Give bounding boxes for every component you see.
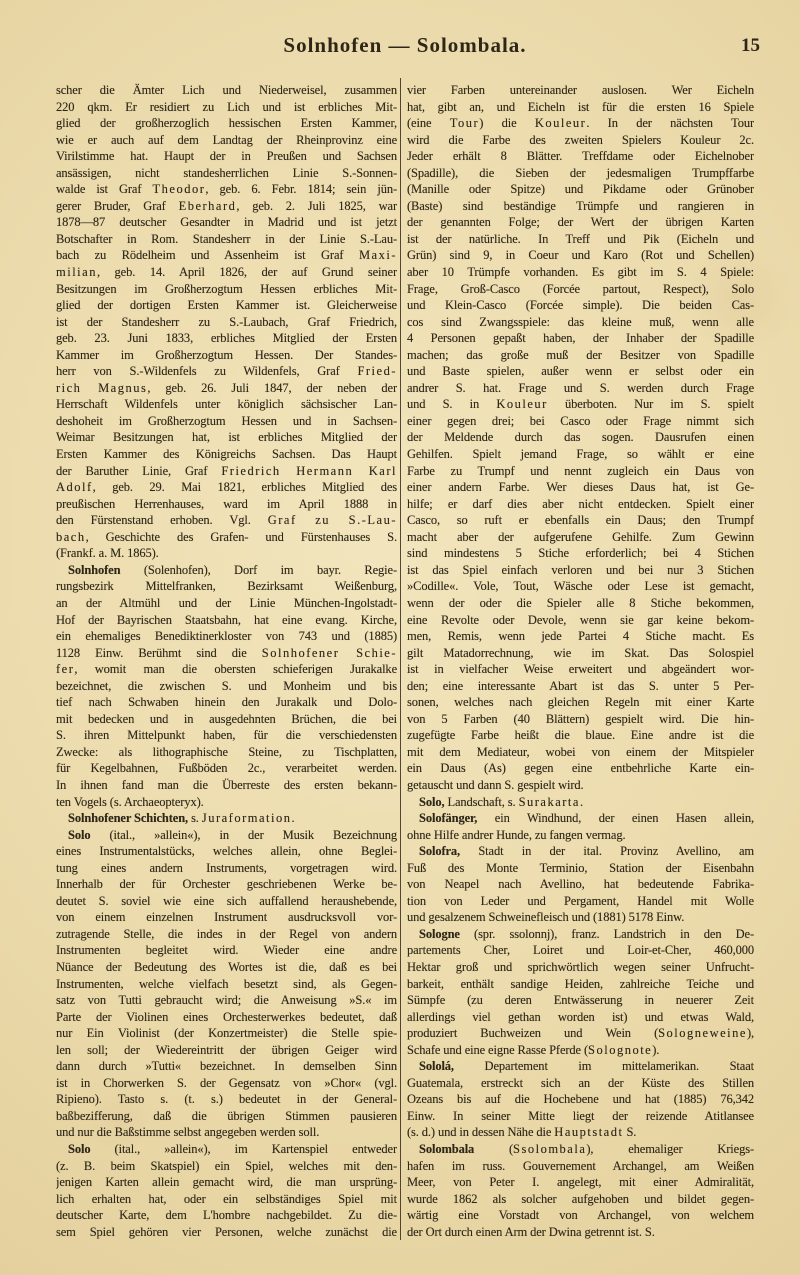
text-line: wird die Farbe des zweiten Spielers Koul… — [407, 132, 754, 149]
text-line: ist der Standesherr zu S.-Laubach, Graf … — [56, 314, 397, 331]
text-line: Kammer im Großherzogtum Hessen. Der Stan… — [56, 347, 397, 364]
text-line: Meer, von Peter I. angelegt, mit einer A… — [407, 1174, 754, 1191]
text-line: Sololá, Departement im mittelamerikan. S… — [407, 1058, 754, 1075]
text-line: geb. 23. Juni 1833, erbliches Mitglied d… — [56, 330, 397, 347]
text-line: ten Vogels (s. Archaeopteryx). — [56, 794, 397, 811]
text-line: den Fürstenstand erhoben. Vgl. Graf zu S… — [56, 512, 397, 529]
text-line: mit bedecken und in ausgedehnten Brüchen… — [56, 711, 397, 728]
text-line: Schafe und eine eigne Rasse Pferde (Solo… — [407, 1042, 754, 1059]
text-line: ein Daus (As) gegen eine entbehrliche Ka… — [407, 760, 754, 777]
text-line: Guatemala, erstreckt sich an der Küste d… — [407, 1075, 754, 1092]
text-line: Ozeans bis auf die Hochebene und hat (18… — [407, 1091, 754, 1108]
text-line: hafen im russ. Gouvernement Archangel, a… — [407, 1158, 754, 1175]
text-line: Hektar groß und sprichwörtlich wegen sei… — [407, 959, 754, 976]
text-line: rungsbezirk Mittelfranken, Bezirksamt We… — [56, 578, 397, 595]
text-line: Jeder erhält 8 Blätter. Treffdame oder E… — [407, 148, 754, 165]
text-line: cos sind Zwangsspiele: das kleine muß, w… — [407, 314, 754, 331]
text-line: Einw. In seiner Mitte liegt der reizende… — [407, 1108, 754, 1125]
text-line: deutscher Karte, dem L'hombre nachgebild… — [56, 1207, 397, 1224]
text-line: In ihnen fand man die Überreste des erst… — [56, 777, 397, 794]
text-line: Zwecke: als lithographische Steine, zu T… — [56, 744, 397, 761]
text-line: einer andern Farbe. Wer dieses Daus hat,… — [407, 479, 754, 496]
text-line: Solo (ital., »allein«), in der Musik Bez… — [56, 827, 397, 844]
text-line: ansässigen, nicht standesherrlichen Lini… — [56, 165, 397, 182]
text-line: partements Cher, Loiret und Loir-et-Cher… — [407, 942, 754, 959]
text-line: Weimar Besitzungen hat, ist erbliches Mi… — [56, 429, 397, 446]
text-line: lich erhalten hat, oder ein selbständige… — [56, 1191, 397, 1208]
text-line: an der Altmühl und der Linie München-Ing… — [56, 595, 397, 612]
text-line: machen; das große muß der Besitzer von S… — [407, 347, 754, 364]
column-divider — [400, 78, 401, 1240]
text-line: fer, womit man die obersten schieferigen… — [56, 661, 397, 678]
text-line: ein ehemaliges Benediktinerkloster von 7… — [56, 628, 397, 645]
text-line: (s. d.) und in dessen Nähe die Hauptstad… — [407, 1124, 754, 1141]
text-line: (Baste) sind beständige Trümpfe und rang… — [407, 198, 754, 215]
text-line: (Manille oder Spitze) und Pikdame oder G… — [407, 181, 754, 198]
text-line: hilfe; er darf dies aber nicht entdecken… — [407, 496, 754, 513]
text-line: 1128 Einw. Berühmt sind die Solnhofener … — [56, 645, 397, 662]
text-line: Botschafter in Rom. Standesherr in der L… — [56, 231, 397, 248]
text-line: Solo, Landschaft, s. Surakarta. — [407, 794, 754, 811]
text-line: ist in Chorwerken S. der Gegensatz von »… — [56, 1075, 397, 1092]
text-line: aber 10 Trümpfe vorhanden. Es gibt im S.… — [407, 264, 754, 281]
text-line: einer gegen drei; bei Casco oder Frage n… — [407, 413, 754, 430]
text-line: Instrumenten begleitet wird. Wieder eine… — [56, 942, 397, 959]
page-title: Solnhofen — Solombala. — [56, 33, 754, 58]
page-number: 15 — [741, 35, 760, 57]
text-line: allerdings viel gethan worden ist) und e… — [407, 1009, 754, 1026]
text-line: Sümpfe (zu deren Entwässerung in neuerer… — [407, 992, 754, 1009]
text-line: rich Magnus, geb. 26. Juli 1847, der neb… — [56, 380, 397, 397]
text-line: Instrumenten, welche vielfach besetzt si… — [56, 976, 397, 993]
text-line: produziert Buchweizen und Wein (Solognew… — [407, 1025, 754, 1042]
text-line: und S. in Kouleur überboten. Nur im S. s… — [407, 396, 754, 413]
text-line: bach, Geschichte des Grafen- und Fürsten… — [56, 529, 397, 546]
text-line: Herrschaft Wildenfels unter königlich sä… — [56, 396, 397, 413]
text-line: tung eines andern Instruments, vorgetrag… — [56, 860, 397, 877]
text-line: glied der großherzoglich hessischen Erst… — [56, 115, 397, 132]
text-line: tion von Leder und Pergament, Handel mit… — [407, 893, 754, 910]
text-line: Solombala (Ssolombala), ehemaliger Krieg… — [407, 1141, 754, 1158]
text-line: jenigen Karten allein gemacht wird, die … — [56, 1174, 397, 1191]
text-line: von 5 Farben (40 Blättern) gespielt wird… — [407, 711, 754, 728]
text-line: Gehilfen. Spielt jemand Frage, so wählt … — [407, 446, 754, 463]
text-line: andrer S. hat. Frage und S. werden durch… — [407, 380, 754, 397]
text-line: eines Instrumentalstücks, welches allein… — [56, 843, 397, 860]
text-line: mit dem Mediateur, wobei von einem der M… — [407, 744, 754, 761]
text-line: preußischen Herrenhauses, ward im April … — [56, 496, 397, 513]
text-line: baßbezifferung, daß die übrigen Stimmen … — [56, 1108, 397, 1125]
lexicon-page: Solnhofen — Solombala. 15 scher die Ämte… — [0, 0, 800, 1275]
text-line: Ripieno). Tasto s. (t. s.) bedeutet in d… — [56, 1091, 397, 1108]
text-line: eine Revolte oder Devole, wenn sie gar k… — [407, 612, 754, 629]
text-line: deshoheit im Großherzogtum Hessen und in… — [56, 413, 397, 430]
text-line: Solo (ital., »allein«), im Kartenspiel e… — [56, 1141, 397, 1158]
text-line: Nüance der Bedeutung des Wortes ist die,… — [56, 959, 397, 976]
text-line: wenn der oder die Spieler alle 8 Stiche … — [407, 595, 754, 612]
text-line: scher die Ämter Lich und Niederweisel, z… — [56, 82, 397, 99]
text-line: ist in vielfacher Weise erweitert und ab… — [407, 661, 754, 678]
text-line: Frage, Groß-Casco (Forcée partout, Respe… — [407, 281, 754, 298]
text-line: Sologne (spr. ssolonnj), franz. Landstri… — [407, 926, 754, 943]
text-line: von einem einzelnen Instrument ausdrucks… — [56, 909, 397, 926]
text-line: Innerhalb der für Orchester geschriebene… — [56, 876, 397, 893]
text-line: wurde 1862 als solcher aufgehoben und bi… — [407, 1191, 754, 1208]
text-line: Ersten Kammer des Königreichs Sachsen. D… — [56, 446, 397, 463]
text-line: men, Remis, wenn jede Partei 4 Stiche ma… — [407, 628, 754, 645]
text-line: sonen, welches nach gleichen Regeln mit … — [407, 694, 754, 711]
text-line: vier Farben untereinander auslosen. Wer … — [407, 82, 754, 99]
text-line: nur Ein Violinist (der Konzertmeister) d… — [56, 1025, 397, 1042]
text-line: hat, gibt an, und Eicheln ist für die er… — [407, 99, 754, 116]
text-line: Hof der Bayrischen Staatsbahn, hat eine … — [56, 612, 397, 629]
text-line: bezeichnet, die zwischen S. und Monheim … — [56, 678, 397, 695]
text-line: ist das Spiel einfach verloren und bei n… — [407, 562, 754, 579]
text-line: 4 Personen gepaßt haben, der Inhaber der… — [407, 330, 754, 347]
text-line: zutragende Stelle, die indes in der Rege… — [56, 926, 397, 943]
text-line: Besitzungen im Großherzogtum Hessen erbl… — [56, 281, 397, 298]
text-line: (Frankf. a. M. 1865). — [56, 545, 397, 562]
text-line: und Klein-Casco (Forcée simple). Die bei… — [407, 297, 754, 314]
text-line: 1878—87 deutscher Gesandter in Madrid un… — [56, 214, 397, 231]
text-line: und gesalzenem Schweinefleisch und (1881… — [407, 909, 754, 926]
text-line: Solofra, Stadt in der ital. Provinz Avel… — [407, 843, 754, 860]
text-line: wärtig eine Vorstadt von Archangel, von … — [407, 1207, 754, 1224]
text-line: herr von S.-Wildenfels zu Wildenfels, Gr… — [56, 363, 397, 380]
text-line: satz von Tutti gebraucht wird; die Anwei… — [56, 992, 397, 1009]
text-line: S. ihren Mittelpunkt haben, für die vers… — [56, 727, 397, 744]
text-line: Parte der Violinen eines Orchesterwerkes… — [56, 1009, 397, 1026]
text-line: der Baruther Linie, Graf Friedrich Herma… — [56, 463, 397, 480]
text-line: den; eine interessante Abart ist das S. … — [407, 678, 754, 695]
text-line: deutet S. soviel wie eine sich auffallen… — [56, 893, 397, 910]
text-line: wie er auch auf dem Landtag der Rheinpro… — [56, 132, 397, 149]
text-line: Solnhofener Schichten, s. Juraformation. — [56, 810, 397, 827]
text-line: sind mindestens 5 Stiche erforderlich; b… — [407, 545, 754, 562]
text-line: Farbe zu Trumpf und nennt zugleich ein D… — [407, 463, 754, 480]
text-line: der Ort durch einen Arm der Dwina getren… — [407, 1224, 754, 1241]
text-line: (eine Tour) die Kouleur. In der nächsten… — [407, 115, 754, 132]
text-line: Casco, so ruft er ebenfalls ein Daus; de… — [407, 512, 754, 529]
text-line: bach zu Rödelheim und Assenheim ist Graf… — [56, 247, 397, 264]
text-line: von Neapel nach Avellino, hat bedeutende… — [407, 876, 754, 893]
text-line: der genannten Folge; der Wert der übrige… — [407, 214, 754, 231]
text-line: (z. B. beim Skatspiel) ein Spiel, welche… — [56, 1158, 397, 1175]
text-line: 220 qkm. Er residiert zu Lich und ist er… — [56, 99, 397, 116]
text-line: Grün) sind 9, in Coeur und Karo (Rot und… — [407, 247, 754, 264]
text-line: len soll; der Wiedereintritt der übrigen… — [56, 1042, 397, 1059]
text-line: gilt Matadorrechnung, wie im Skat. Das S… — [407, 645, 754, 662]
right-column: vier Farben untereinander auslosen. Wer … — [407, 82, 754, 1240]
text-line: sem Spiel gehören vier Personen, welche … — [56, 1224, 397, 1241]
text-line: (Spadille), die Sieben der jedesmaligen … — [407, 165, 754, 182]
text-line: der Meldende durch das sogen. Dausrufen … — [407, 429, 754, 446]
text-line: zugefügte Farbe heißt die blaue. Eine an… — [407, 727, 754, 744]
text-line: walde ist Graf Theodor, geb. 6. Febr. 18… — [56, 181, 397, 198]
left-column: scher die Ämter Lich und Niederweisel, z… — [56, 82, 397, 1240]
text-line: Solofänger, ein Windhund, der einen Hase… — [407, 810, 754, 827]
text-line: barkeit, enthält sandige Heiden, zahlrei… — [407, 976, 754, 993]
text-line: Solnhofen (Solenhofen), Dorf im bayr. Re… — [56, 562, 397, 579]
text-line: Adolf, geb. 29. Mai 1821, erbliches Mitg… — [56, 479, 397, 496]
text-line: getauscht und dann S. gespielt wird. — [407, 777, 754, 794]
text-line: milian, geb. 14. April 1826, der auf Gru… — [56, 264, 397, 281]
text-line: Fuß des Monte Terminio, Station der Eise… — [407, 860, 754, 877]
text-line: ohne Hilfe andrer Hunde, zu fangen verma… — [407, 827, 754, 844]
text-line: ist der natürliche. In Treff und Pik (Ei… — [407, 231, 754, 248]
text-line: glied der dortigen Ersten Kammer ist. Gl… — [56, 297, 397, 314]
text-line: für Kegelbahnen, Fußböden 2c., verarbeit… — [56, 760, 397, 777]
text-line: gerer Bruder, Graf Eberhard, geb. 2. Jul… — [56, 198, 397, 215]
text-line: tief nach Schwaben hinein den Jurakalk u… — [56, 694, 397, 711]
text-line: und Baste spielen, außer wenn er selbst … — [407, 363, 754, 380]
text-line: Virilstimme hat. Haupt der in Preußen un… — [56, 148, 397, 165]
text-line: und nur die Baßstimme selbst angegeben w… — [56, 1124, 397, 1141]
text-line: dann durch »Tutti« bezeichnet. In demsel… — [56, 1058, 397, 1075]
text-line: »Codille«. Vole, Tout, Wäsche oder Lese … — [407, 578, 754, 595]
text-line: macht aber der aufgerufene Gehilfe. Zum … — [407, 529, 754, 546]
